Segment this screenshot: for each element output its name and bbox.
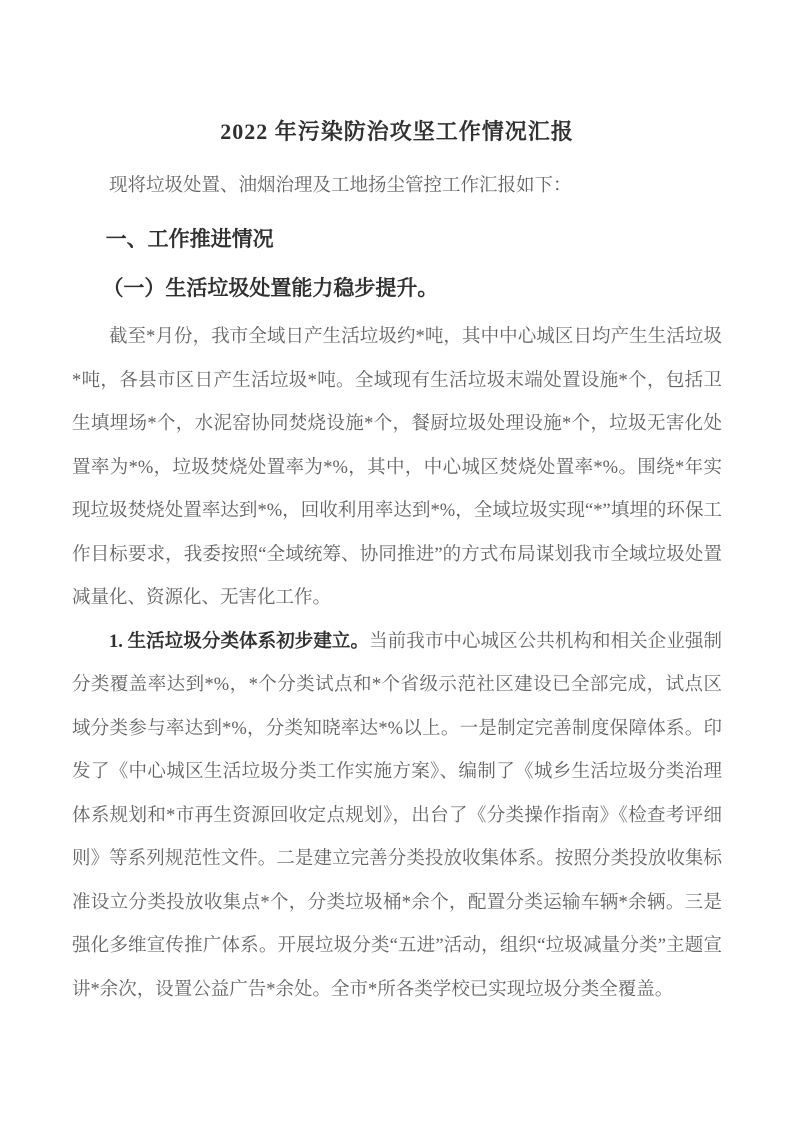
intro-paragraph: 现将垃圾处置、油烟治理及工地扬尘管控工作汇报如下： [72,164,722,208]
subsection-heading-waste-disposal-capacity: （一）生活垃圾处置能力稳步提升。 [72,266,722,310]
section-heading-work-progress: 一、工作推进情况 [72,217,722,261]
paragraph-waste-disposal-overview: 截至*月份，我市全域日产生活垃圾约*吨，其中中心城区日均产生生活垃圾*吨，各县市… [72,316,722,621]
document-page: 2022 年污染防治攻坚工作情况汇报 现将垃圾处置、油烟治理及工地扬尘管控工作汇… [0,0,794,1122]
paragraph-waste-sorting-item: 1. 生活垃圾分类体系初步建立。当前我市中心城区公共机构和相关企业强制分类覆盖率… [72,621,722,1013]
item1-body-text: 当前我市中心城区公共机构和相关企业强制分类覆盖率达到*%，*个分类试点和*个省级… [72,632,722,1000]
item1-bold-lead: 1. 生活垃圾分类体系初步建立。 [109,632,369,652]
document-title: 2022 年污染防治攻坚工作情况汇报 [72,110,722,154]
